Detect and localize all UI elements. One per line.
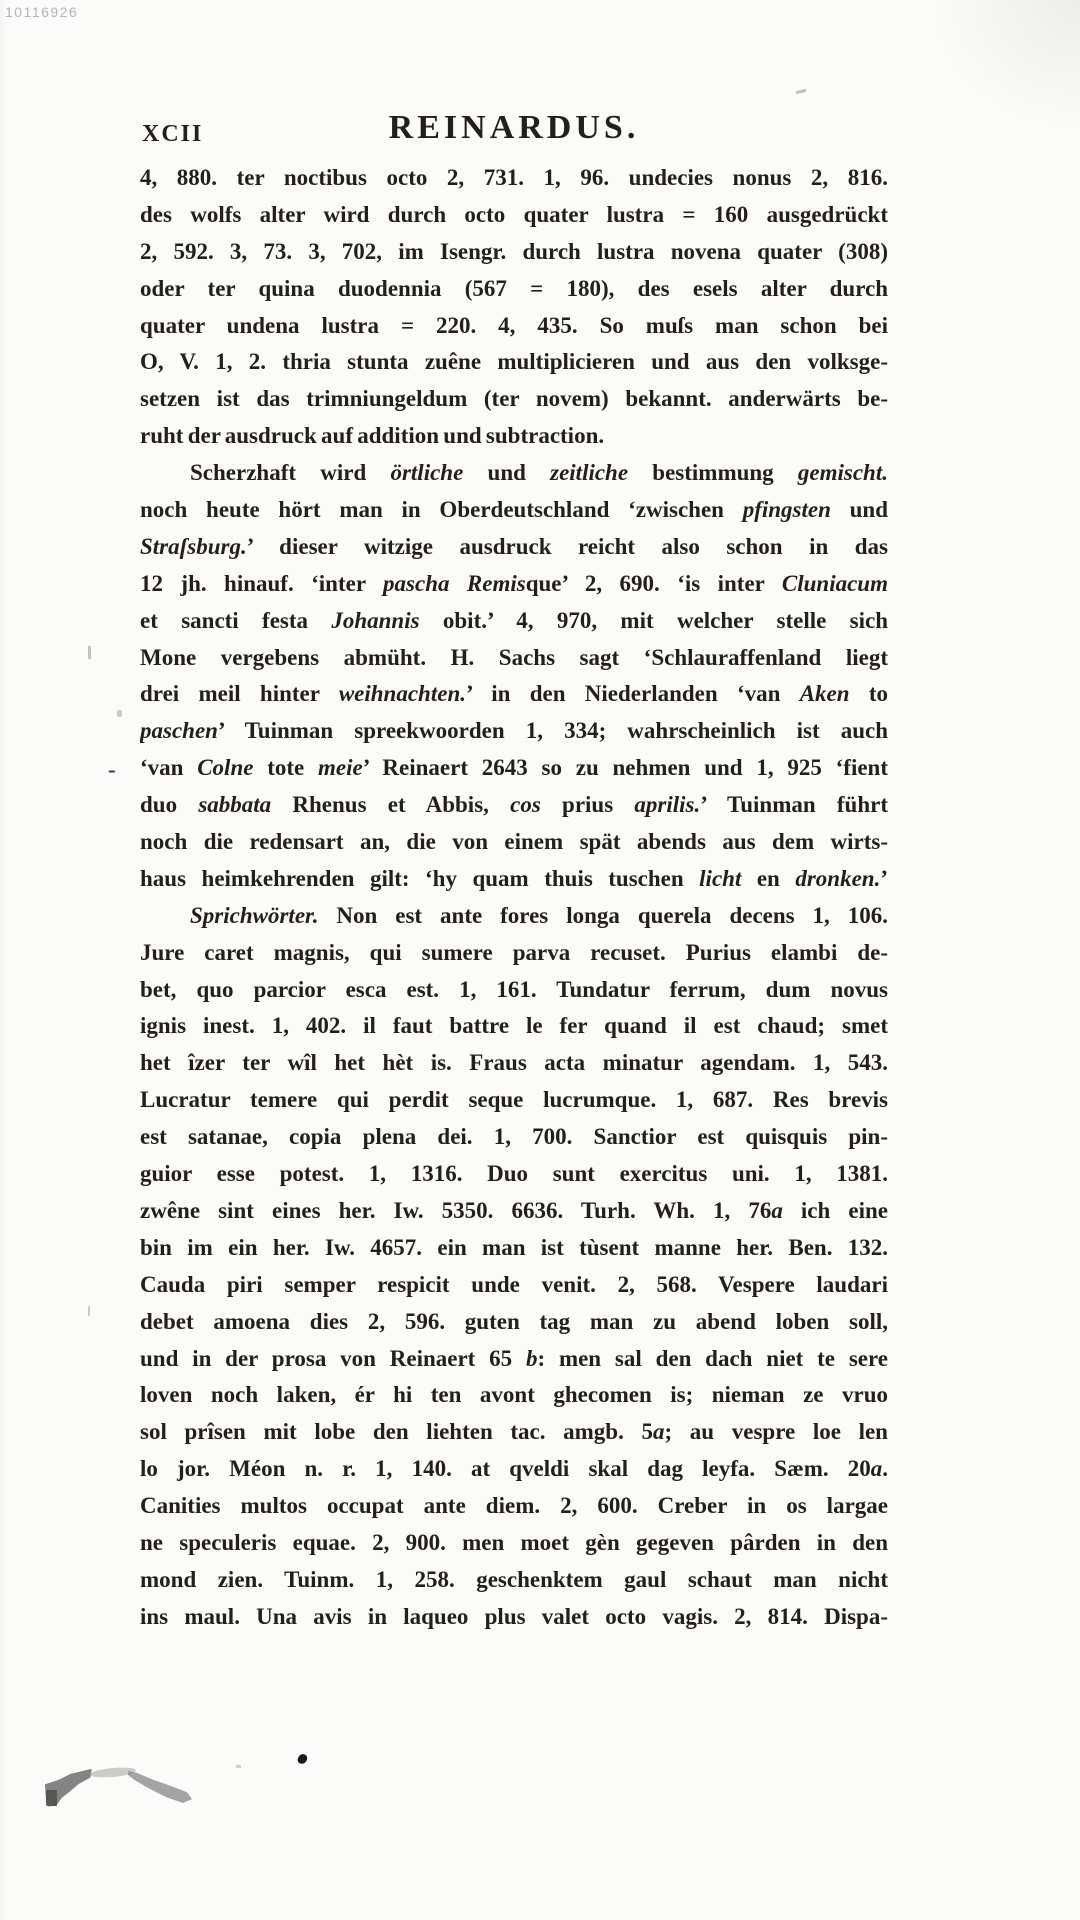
text-line: bet, quo parcior esca est. 1, 161. Tunda… xyxy=(140,972,888,1009)
text-line: 2, 592. 3, 73. 3, 702, im Isengr. durch … xyxy=(140,234,888,271)
text-line: 4, 880. ter noctibus octo 2, 731. 1, 96.… xyxy=(140,160,888,197)
page-edge-shading xyxy=(930,0,1080,130)
text-line: sol prîsen mit lobe den liehten tac. amg… xyxy=(140,1414,888,1451)
text-line: und in der prosa von Reinaert 65 b: men … xyxy=(140,1341,888,1378)
text-line: ignis inest. 1, 402. il faut battre le f… xyxy=(140,1008,888,1045)
text-line: Canities multos occupat ante diem. 2, 60… xyxy=(140,1488,888,1525)
page-number: XCII xyxy=(142,121,203,148)
text-line: Lucratur temere qui perdit seque lucrumq… xyxy=(140,1082,888,1119)
page-title: REINARDUS. xyxy=(140,104,888,152)
text-line: des wolfs alter wird durch octo quater l… xyxy=(140,197,888,234)
text-line: Scherzhaft wird örtliche und zeitliche b… xyxy=(140,455,888,492)
page-header: XCII REINARDUS. xyxy=(140,104,888,152)
text-line: ruht der ausdruck auf addition und subtr… xyxy=(140,418,888,455)
text-line: quater undena lustra = 220. 4, 435. So m… xyxy=(140,308,888,345)
text-line: Straſsburg.’ dieser witzige ausdruck rei… xyxy=(140,529,888,566)
text-line: noch heute hört man in Oberdeutschland ‘… xyxy=(140,492,888,529)
text-line: Sprichwörter. Non est ante fores longa q… xyxy=(140,898,888,935)
text-line: loven noch laken, ér hi ten avont ghecom… xyxy=(140,1377,888,1414)
text-line: mond zien. Tuinm. 1, 258. geschenktem ga… xyxy=(140,1562,888,1599)
scanned-page: 10116926 XCII REINARDUS. 4, 880. ter noc… xyxy=(0,0,1080,1920)
text-line: zwêne sint eines her. Iw. 5350. 6636. Tu… xyxy=(140,1193,888,1230)
ink-smudge xyxy=(128,1771,192,1803)
text-line: debet amoena dies 2, 596. guten tag man … xyxy=(140,1304,888,1341)
text-line: oder ter quina duodennia (567 = 180), de… xyxy=(140,271,888,308)
ink-speck xyxy=(117,710,122,717)
text-line: haus heimkehrenden gilt: ‘hy quam thuis … xyxy=(140,861,888,898)
text-line: lo jor. Méon n. r. 1, 140. at qveldi ska… xyxy=(140,1451,888,1488)
text-line: noch die redensart an, die von einem spä… xyxy=(140,824,888,861)
text-line: 12 jh. hinauf. ‘inter pascha Remisque’ 2… xyxy=(140,566,888,603)
ink-speck xyxy=(88,646,91,659)
text-line: Mone vergebens abmüht. H. Sachs sagt ‘Sc… xyxy=(140,640,888,677)
text-line: Jure caret magnis, qui sumere parva recu… xyxy=(140,935,888,972)
ink-speck xyxy=(236,1765,241,1768)
text-line: paschen’ Tuinman spreekwoorden 1, 334; w… xyxy=(140,713,888,750)
text-line: ne speculeris equae. 2, 900. men moet gè… xyxy=(140,1525,888,1562)
text-line: het îzer ter wîl het hèt is. Fraus acta … xyxy=(140,1045,888,1082)
scan-id-number: 10116926 xyxy=(5,4,78,20)
ink-speck xyxy=(88,1306,90,1316)
text-line: drei meil hinter weihnachten.’ in den Ni… xyxy=(140,676,888,713)
text-line: setzen ist das trimniungeldum (ter novem… xyxy=(140,381,888,418)
text-line: guior esse potest. 1, 1316. Duo sunt exe… xyxy=(140,1156,888,1193)
text-line: ‘van Colne tote meie’ Reinaert 2643 so z… xyxy=(140,750,888,787)
ink-dot xyxy=(297,1753,309,1765)
text-line: Cauda piri semper respicit unde venit. 2… xyxy=(140,1267,888,1304)
text-line: ins maul. Una avis in laqueo plus valet … xyxy=(140,1599,888,1636)
text-line: duo sabbata Rhenus et Abbis, cos prius a… xyxy=(140,787,888,824)
text-line: est satanae, copia plena dei. 1, 700. Sa… xyxy=(140,1119,888,1156)
text-line: et sancti festa Johannis obit.’ 4, 970, … xyxy=(140,603,888,640)
ink-smudge xyxy=(46,1790,57,1806)
page-edge-shading xyxy=(0,0,6,1920)
text-line: O, V. 1, 2. thria stunta zuêne multiplic… xyxy=(140,344,888,381)
text-block: 4, 880. ter noctibus octo 2, 731. 1, 96.… xyxy=(140,160,888,1636)
text-line: bin im ein her. Iw. 4657. ein man ist tù… xyxy=(140,1230,888,1267)
margin-mark: - xyxy=(108,752,116,789)
ink-speck xyxy=(796,89,806,94)
